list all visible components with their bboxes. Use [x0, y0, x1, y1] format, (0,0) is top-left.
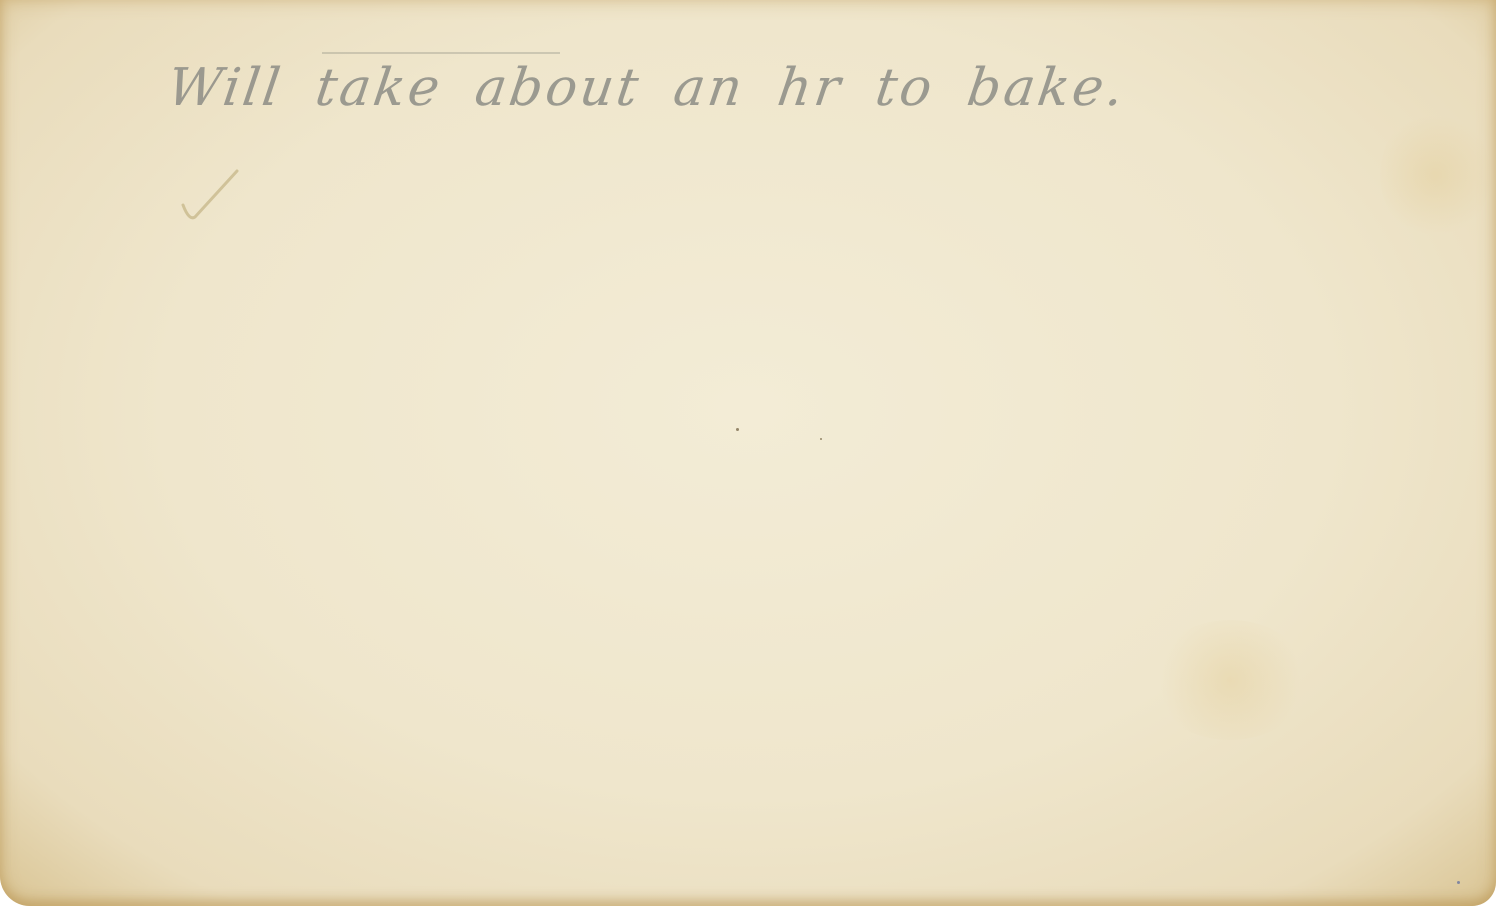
index-card: Will take about an hr to bake.: [0, 0, 1496, 906]
paper-stain: [1150, 620, 1310, 740]
paper-speck: [820, 438, 822, 440]
ink-dot: [1457, 881, 1460, 884]
paper-stain: [1380, 110, 1490, 240]
pencil-guide-line: [322, 52, 560, 54]
checkmark-icon: [175, 165, 245, 225]
paper-speck: [736, 428, 739, 431]
handwritten-note: Will take about an hr to bake.: [164, 58, 1130, 118]
